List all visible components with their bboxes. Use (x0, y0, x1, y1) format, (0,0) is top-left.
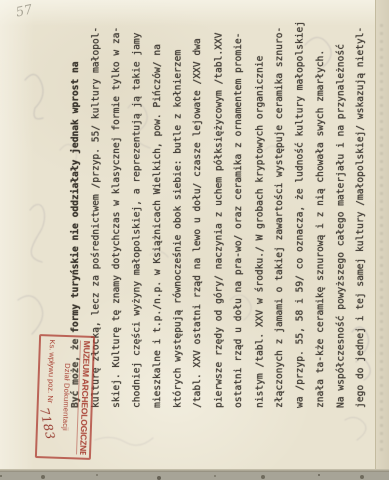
adjacent-page-edge (375, 0, 389, 472)
scanner-bed-speckles (0, 475, 2, 477)
typed-line: jego do jednej i tej samej kultury /mało… (351, 21, 371, 408)
typed-text-block: Być może, że formy turyńskie nie oddział… (66, 21, 389, 408)
typed-line: znała ta-kże ceramikę sznurową i z nią c… (311, 21, 331, 408)
typed-line: wa /przyp. 55, 58 i 59/ co oznacza, że l… (291, 21, 311, 408)
scanner-bed-strip (0, 472, 389, 480)
accession-stamp: MUZEUM ARCHEOLOGICZNE Dział Dokumentacji… (35, 334, 95, 460)
ghost-text-strip (380, 24, 383, 454)
typed-line: ostatni rząd u dołu na pra-wo/ oraz cera… (229, 21, 249, 408)
stamp-register-label: Ks. wpływu poz. Nr (46, 339, 57, 403)
stamp-number-handwritten: 7183 (37, 406, 57, 441)
typed-line: skiej. Kulturę tę znamy dotychczas w kla… (107, 21, 127, 408)
typed-line: nistym /tabl. XXV w środku./ W grobach k… (250, 21, 270, 408)
typed-line: mieszkalne i t.p./n.p. w Książnicach Wie… (148, 21, 168, 408)
typed-line: których występują równocześnie obok sieb… (168, 21, 188, 408)
stamp-register-row: Ks. wpływu poz. Nr 7183 (37, 339, 57, 453)
typed-line: pierwsze rzędy od góry/ naczynia z uchem… (209, 21, 229, 408)
typed-line: Na współczesność powyższego całego mater… (331, 21, 351, 408)
stamp-institution-label: MUZEUM ARCHEOLOGICZNE (76, 340, 92, 454)
typed-line: /tabl. XXV ostatni rząd na lewo u dołu/ … (188, 21, 208, 408)
stamp-department-label: Dział Dokumentacji (60, 340, 73, 454)
scanned-document-page: 57 Być może, że formy turyńskie nie oddz… (0, 0, 389, 480)
typed-line: złączonych z jamami o takiej zawartości … (270, 21, 290, 408)
typed-line: chodniej części wyżyny małopolskiej, a r… (128, 21, 148, 408)
pencil-page-number: 57 (15, 2, 34, 20)
